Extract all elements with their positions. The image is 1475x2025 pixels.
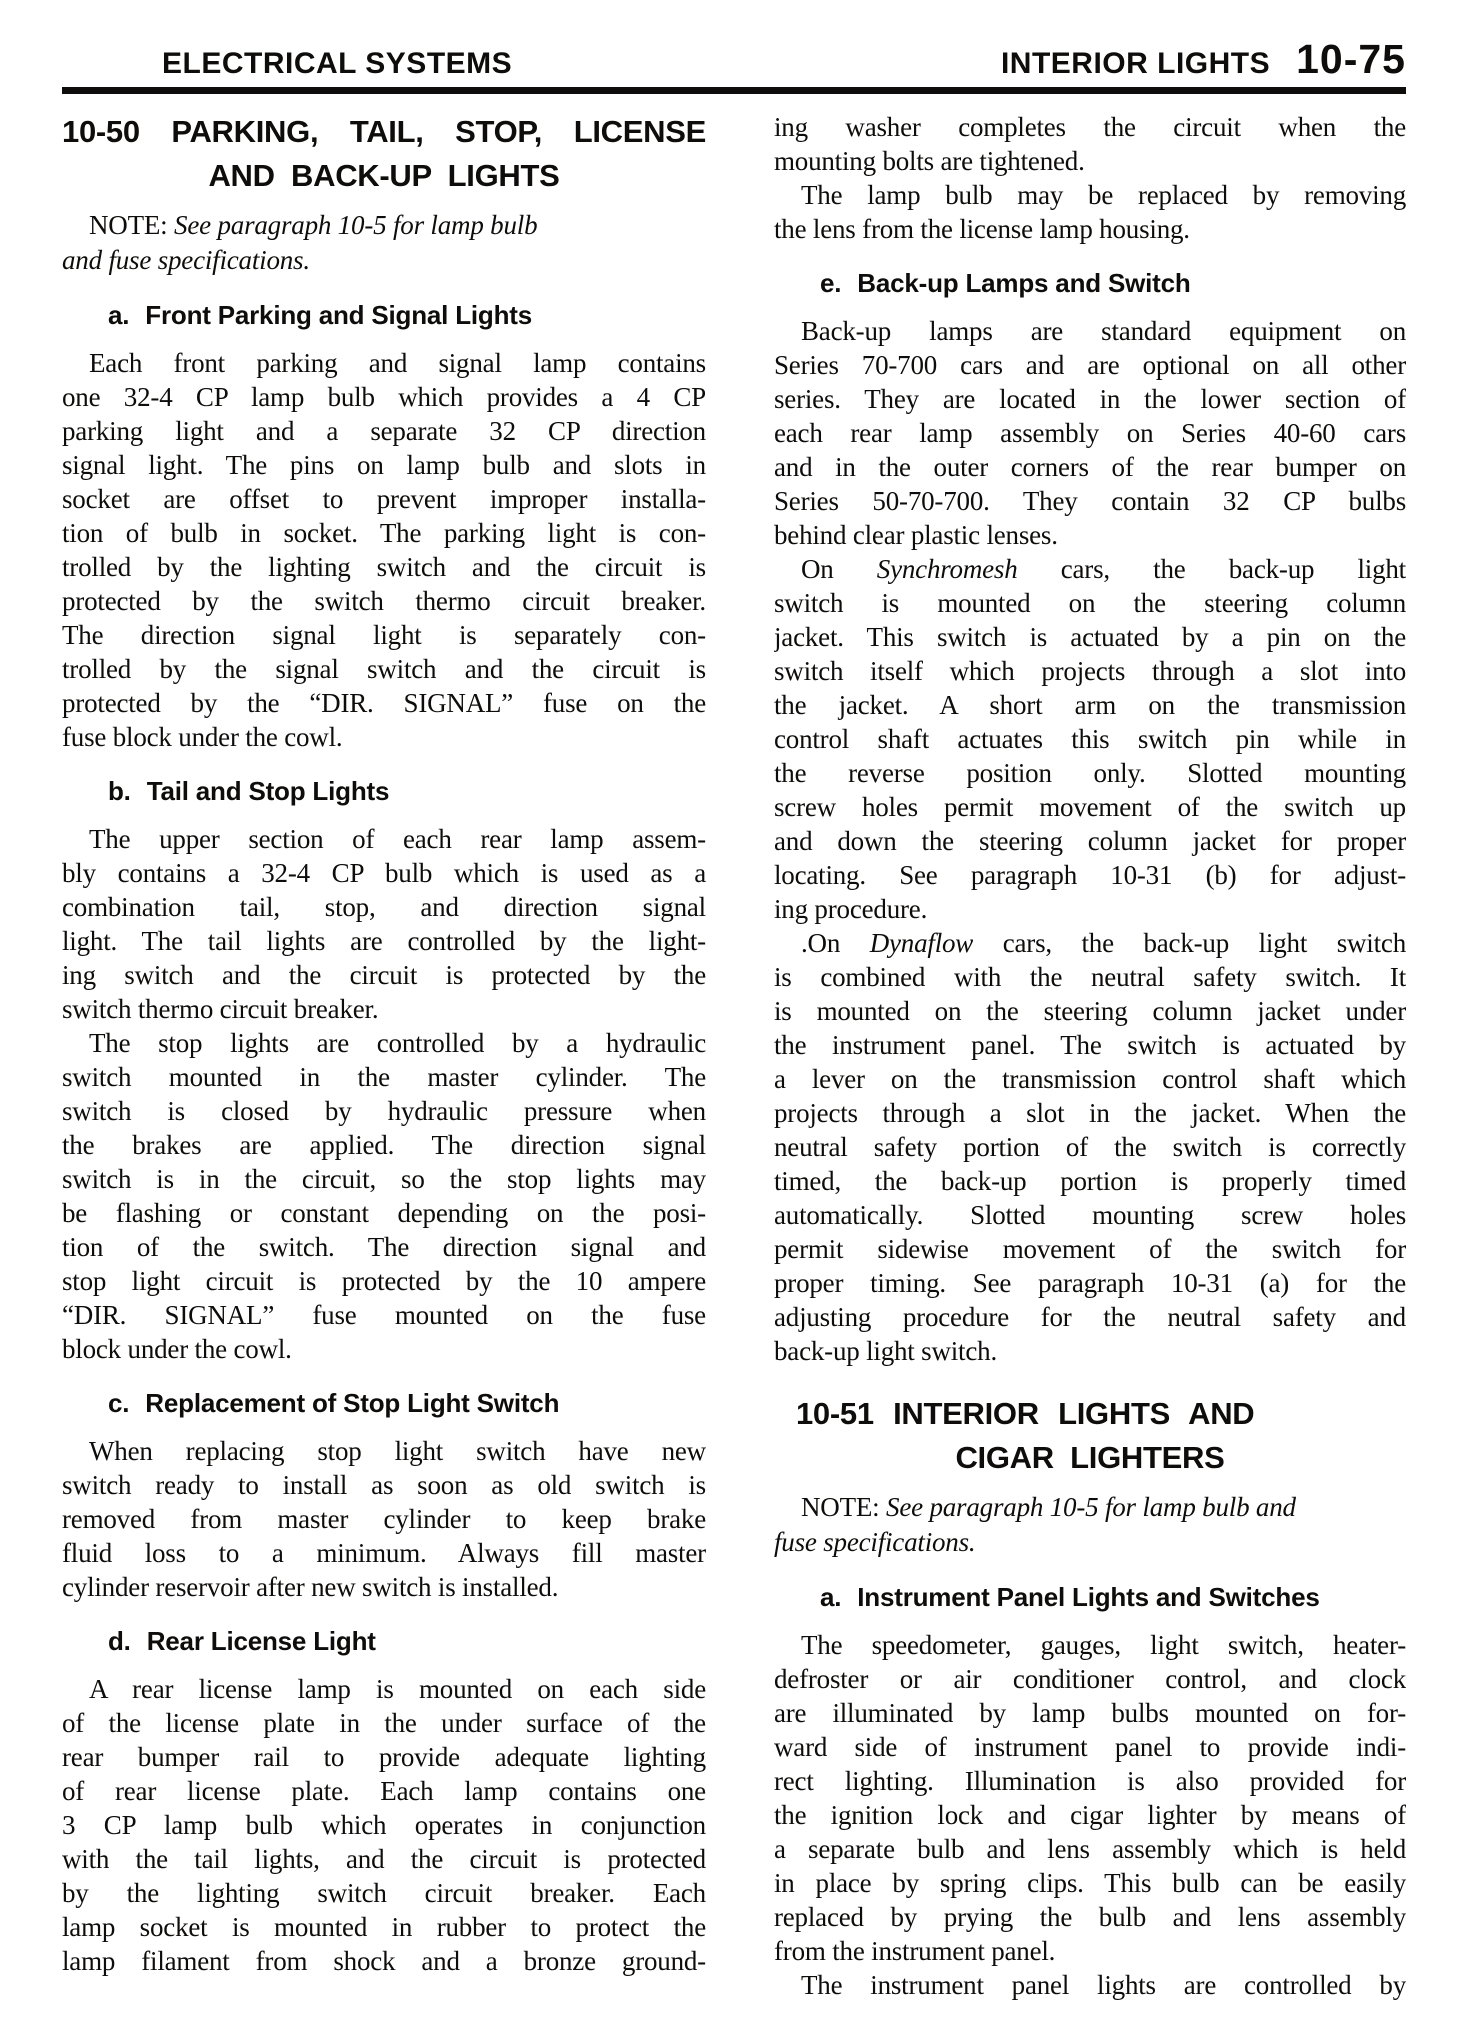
text-line: switch is closed by hydraulic pressure w… (62, 1094, 706, 1128)
subsection-heading: b.Tail and Stop Lights (62, 775, 706, 807)
text-line: back-up light switch. (774, 1334, 1406, 1368)
text-line: switch mounted in the master cylinder. T… (62, 1060, 706, 1094)
text-line: trolled by the lighting switch and the c… (62, 550, 706, 584)
text-line: jacket. This switch is actuated by a pin… (774, 620, 1406, 654)
text-line: The direction signal light is separately… (62, 618, 706, 652)
text-line: in place by spring clips. This bulb can … (774, 1866, 1406, 1900)
paragraph: .On Dynaflow cars, the back-up light swi… (774, 926, 1406, 1368)
subsection-heading: c.Replacement of Stop Light Switch (62, 1387, 706, 1419)
text-line: Each front parking and signal lamp conta… (62, 346, 706, 380)
text-line: On Synchromesh cars, the back-up light (774, 552, 1406, 586)
paragraph: ing washer completes the circuit when th… (774, 110, 1406, 178)
text-line: by the lighting switch circuit breaker. … (62, 1876, 706, 1910)
paragraph: The stop lights are controlled by a hydr… (62, 1026, 706, 1366)
text-line: a lever on the transmission control shaf… (774, 1062, 1406, 1096)
note-line: fuse specifications. (774, 1525, 1406, 1560)
text-line: trolled by the signal switch and the cir… (62, 652, 706, 686)
text-line: block under the cowl. (62, 1332, 706, 1366)
subsection-title: Tail and Stop Lights (147, 776, 390, 806)
section-heading-line: AND BACK-UP LIGHTS (62, 154, 706, 198)
subsection-heading: a.Front Parking and Signal Lights (62, 299, 706, 331)
running-head-right: INTERIOR LIGHTS10-75 (1001, 36, 1406, 83)
text-line: neutral safety portion of the switch is … (774, 1130, 1406, 1164)
text-line: A rear license lamp is mounted on each s… (62, 1672, 706, 1706)
text-line: switch is in the circuit, so the stop li… (62, 1162, 706, 1196)
text-line: the brakes are applied. The direction si… (62, 1128, 706, 1162)
text-line: automatically. Slotted mounting screw ho… (774, 1198, 1406, 1232)
subsection-letter: c. (108, 1388, 129, 1418)
subsection-letter: e. (820, 268, 841, 298)
paragraph: Back-up lamps are standard equipment onS… (774, 314, 1406, 552)
text-line: switch ready to install as soon as old s… (62, 1468, 706, 1502)
paragraph: When replacing stop light switch have ne… (62, 1434, 706, 1604)
text-line: switch itself which projects through a s… (774, 654, 1406, 688)
text-line: The speedometer, gauges, light switch, h… (774, 1628, 1406, 1662)
text-line: be flashing or constant depending on the… (62, 1196, 706, 1230)
text-line: replaced by prying the bulb and lens ass… (774, 1900, 1406, 1934)
text-line: .On Dynaflow cars, the back-up light swi… (774, 926, 1406, 960)
text-line: protected by the “DIR. SIGNAL” fuse on t… (62, 686, 706, 720)
section-heading-line: CIGAR LIGHTERS (774, 1436, 1406, 1480)
text-line: light. The tail lights are controlled by… (62, 924, 706, 958)
text-line: ing switch and the circuit is protected … (62, 958, 706, 992)
text-line: removed from master cylinder to keep bra… (62, 1502, 706, 1536)
text-line: of the license plate in the under surfac… (62, 1706, 706, 1740)
running-head-left: ELECTRICAL SYSTEMS (162, 47, 512, 81)
text-line: one 32-4 CP lamp bulb which provides a 4… (62, 380, 706, 414)
text-line: fluid loss to a minimum. Always fill mas… (62, 1536, 706, 1570)
note-line: and fuse specifications. (62, 243, 706, 278)
text-line: the ignition lock and cigar lighter by m… (774, 1798, 1406, 1832)
subsection-letter: a. (820, 1582, 841, 1612)
text-line: the lens from the license lamp housing. (774, 212, 1406, 246)
subsection-heading: a.Instrument Panel Lights and Switches (774, 1581, 1406, 1613)
subsection-title: Replacement of Stop Light Switch (145, 1388, 559, 1418)
paragraph: The speedometer, gauges, light switch, h… (774, 1628, 1406, 1968)
text-line: tion of bulb in socket. The parking ligh… (62, 516, 706, 550)
manual-page: ELECTRICAL SYSTEMS INTERIOR LIGHTS10-75 … (0, 0, 1475, 2025)
text-line: switch thermo circuit breaker. (62, 992, 706, 1026)
note-line: NOTE: See paragraph 10-5 for lamp bulb (62, 208, 706, 243)
note-paragraph: NOTE: See paragraph 10-5 for lamp bulb a… (774, 1490, 1406, 1560)
subsection-letter: b. (108, 776, 131, 806)
text-line: rear bumper rail to provide adequate lig… (62, 1740, 706, 1774)
text-line: 3 CP lamp bulb which operates in conjunc… (62, 1808, 706, 1842)
subsection-title: Rear License Light (147, 1626, 376, 1656)
text-line: timed, the back-up portion is properly t… (774, 1164, 1406, 1198)
page-header: ELECTRICAL SYSTEMS INTERIOR LIGHTS10-75 (62, 36, 1406, 83)
text-line: “DIR. SIGNAL” fuse mounted on the fuse (62, 1298, 706, 1332)
text-line: permit sidewise movement of the switch f… (774, 1232, 1406, 1266)
text-line: parking light and a separate 32 CP direc… (62, 414, 706, 448)
text-line: signal light. The pins on lamp bulb and … (62, 448, 706, 482)
text-line: the jacket. A short arm on the transmiss… (774, 688, 1406, 722)
paragraph: On Synchromesh cars, the back-up lightsw… (774, 552, 1406, 926)
two-column-text: 10-50 PARKING, TAIL, STOP, LICENSEAND BA… (62, 110, 1406, 2002)
left-column: 10-50 PARKING, TAIL, STOP, LICENSEAND BA… (62, 110, 706, 2002)
text-line: The instrument panel lights are controll… (774, 1968, 1406, 2002)
subsection-title: Instrument Panel Lights and Switches (857, 1582, 1319, 1612)
paragraph: A rear license lamp is mounted on each s… (62, 1672, 706, 1978)
subsection-title: Back-up Lamps and Switch (857, 268, 1190, 298)
text-line: proper timing. See paragraph 10-31 (a) f… (774, 1266, 1406, 1300)
text-line: is combined with the neutral safety swit… (774, 960, 1406, 994)
text-line: tion of the switch. The direction signal… (62, 1230, 706, 1264)
text-line: a separate bulb and lens assembly which … (774, 1832, 1406, 1866)
text-line: control shaft actuates this switch pin w… (774, 722, 1406, 756)
text-line: The stop lights are controlled by a hydr… (62, 1026, 706, 1060)
text-line: with the tail lights, and the circuit is… (62, 1842, 706, 1876)
text-line: stop light circuit is protected by the 1… (62, 1264, 706, 1298)
running-head-right-title: INTERIOR LIGHTS (1001, 47, 1270, 80)
text-line: and down the steering column jacket for … (774, 824, 1406, 858)
page-number: 10-75 (1296, 36, 1406, 82)
text-line: When replacing stop light switch have ne… (62, 1434, 706, 1468)
header-rule (62, 87, 1406, 94)
text-line: lamp socket is mounted in rubber to prot… (62, 1910, 706, 1944)
text-line: is mounted on the steering column jacket… (774, 994, 1406, 1028)
text-line: ward side of instrument panel to provide… (774, 1730, 1406, 1764)
text-line: combination tail, stop, and direction si… (62, 890, 706, 924)
text-line: protected by the switch thermo circuit b… (62, 584, 706, 618)
subsection-heading: d.Rear License Light (62, 1625, 706, 1657)
text-line: locating. See paragraph 10-31 (b) for ad… (774, 858, 1406, 892)
text-line: bly contains a 32-4 CP bulb which is use… (62, 856, 706, 890)
subsection-letter: d. (108, 1626, 131, 1656)
paragraph: The lamp bulb may be replaced by removin… (774, 178, 1406, 246)
subsection-heading: e.Back-up Lamps and Switch (774, 267, 1406, 299)
text-line: of rear license plate. Each lamp contain… (62, 1774, 706, 1808)
text-line: ing procedure. (774, 892, 1406, 926)
paragraph: The instrument panel lights are controll… (774, 1968, 1406, 2002)
text-line: Series 70-700 cars and are optional on a… (774, 348, 1406, 382)
text-line: switch is mounted on the steering column (774, 586, 1406, 620)
note-line: NOTE: See paragraph 10-5 for lamp bulb a… (774, 1490, 1406, 1525)
section-heading: 10-50 PARKING, TAIL, STOP, LICENSEAND BA… (62, 110, 706, 198)
subsection-title: Front Parking and Signal Lights (145, 300, 532, 330)
text-line: The lamp bulb may be replaced by removin… (774, 178, 1406, 212)
text-line: mounting bolts are tightened. (774, 144, 1406, 178)
text-line: the instrument panel. The switch is actu… (774, 1028, 1406, 1062)
text-line: the reverse position only. Slotted mount… (774, 756, 1406, 790)
text-line: are illuminated by lamp bulbs mounted on… (774, 1696, 1406, 1730)
text-line: screw holes permit movement of the switc… (774, 790, 1406, 824)
paragraph: The upper section of each rear lamp asse… (62, 822, 706, 1026)
text-line: Series 50-70-700. They contain 32 CP bul… (774, 484, 1406, 518)
text-line: socket are offset to prevent improper in… (62, 482, 706, 516)
text-line: defroster or air conditioner control, an… (774, 1662, 1406, 1696)
note-paragraph: NOTE: See paragraph 10-5 for lamp bulban… (62, 208, 706, 278)
text-line: ing washer completes the circuit when th… (774, 110, 1406, 144)
text-line: projects through a slot in the jacket. W… (774, 1096, 1406, 1130)
text-line: each rear lamp assembly on Series 40-60 … (774, 416, 1406, 450)
text-line: and in the outer corners of the rear bum… (774, 450, 1406, 484)
text-line: The upper section of each rear lamp asse… (62, 822, 706, 856)
section-heading: 10-51 INTERIOR LIGHTS ANDCIGAR LIGHTERS (774, 1392, 1406, 1480)
text-line: from the instrument panel. (774, 1934, 1406, 1968)
text-line: cylinder reservoir after new switch is i… (62, 1570, 706, 1604)
text-line: lamp filament from shock and a bronze gr… (62, 1944, 706, 1978)
text-line: series. They are located in the lower se… (774, 382, 1406, 416)
paragraph: Each front parking and signal lamp conta… (62, 346, 706, 754)
text-line: adjusting procedure for the neutral safe… (774, 1300, 1406, 1334)
text-line: behind clear plastic lenses. (774, 518, 1406, 552)
text-line: fuse block under the cowl. (62, 720, 706, 754)
text-line: Back-up lamps are standard equipment on (774, 314, 1406, 348)
section-heading-line: 10-50 PARKING, TAIL, STOP, LICENSE (62, 110, 706, 154)
text-line: rect lighting. Illumination is also prov… (774, 1764, 1406, 1798)
subsection-letter: a. (108, 300, 129, 330)
section-heading-line: 10-51 INTERIOR LIGHTS AND (774, 1392, 1406, 1436)
right-column: ing washer completes the circuit when th… (774, 110, 1406, 2002)
